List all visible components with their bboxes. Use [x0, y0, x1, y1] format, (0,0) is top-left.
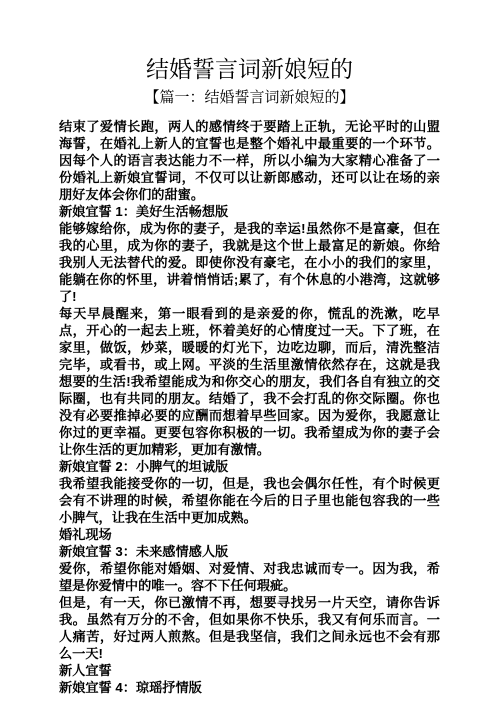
paragraph-intro: 结束了爱情长跑，两人的感情终于要踏上正轨，无论平时的山盟海誓，在婚礼上新人的宜誓… — [59, 118, 440, 203]
document-page: 结婚誓言词新娘短的 【篇一：结婚誓言词新娘短的】 结束了爱情长跑，两人的感情终于… — [0, 0, 496, 702]
section-heading-vow-3: 新娘宜誓 3：未来感情感人版 — [59, 543, 440, 560]
paragraph: 爱你，希望你能对婚姻、对爱情、对我忠诚而专一。因为我，希望是你爱情中的唯一。容不… — [59, 560, 440, 594]
section-label-wedding-scene: 婚礼现场 — [59, 526, 440, 543]
paragraph: 我希望我能接受你的一切，但是，我也会偶尔任性，有个时候更会有不讲理的时候，希望你… — [59, 475, 440, 526]
document-body: 结束了爱情长跑，两人的感情终于要踏上正轨，无论平时的山盟海誓，在婚礼上新人的宜誓… — [59, 118, 440, 696]
document-title: 结婚誓言词新娘短的 — [59, 54, 440, 86]
section-label-newlyweds-vow: 新人宜誓 — [59, 662, 440, 679]
document-subtitle: 【篇一：结婚誓言词新娘短的】 — [59, 86, 440, 110]
paragraph: 能够嫁给你，成为你的妻子，是我的幸运!虽然你不是富豪，但在我的心里，成为你的妻子… — [59, 220, 440, 305]
paragraph: 但是，有一天，你已激情不再，想要寻找另一片天空，请你告诉我。虽然有万分的不舍，但… — [59, 594, 440, 662]
section-heading-vow-4: 新娘宜誓 4：琼瑶抒情版 — [59, 679, 440, 696]
paragraph: 每天早晨醒来，第一眼看到的是亲爱的你，慌乱的洗漱，吃早点，开心的一起去上班，怀着… — [59, 305, 440, 458]
section-heading-vow-1: 新娘宜誓 1：美好生活畅想版 — [59, 203, 440, 220]
section-heading-vow-2: 新娘宜誓 2：小脾气的坦诚版 — [59, 458, 440, 475]
